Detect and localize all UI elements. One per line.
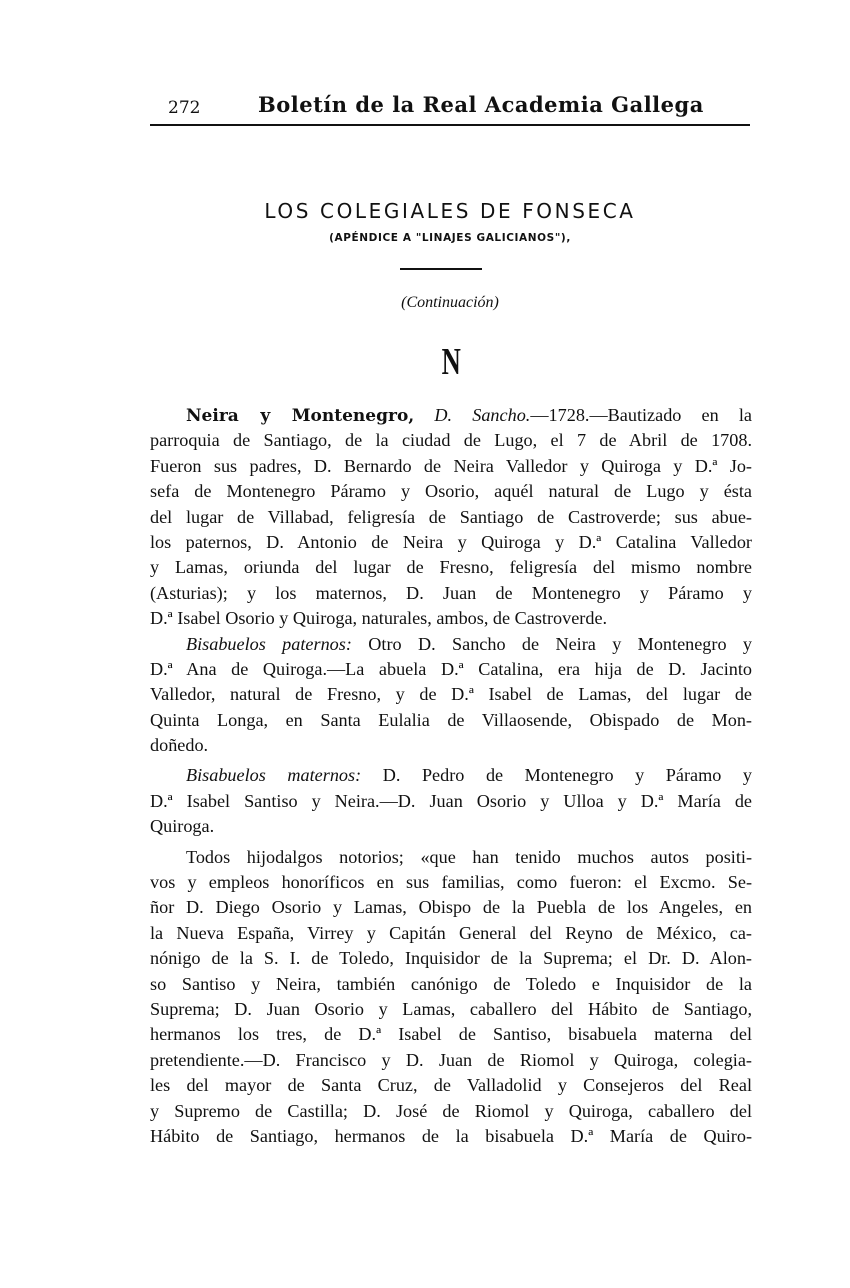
paragraph-line: y Lamas, oriunda del lugar de Fresno, fe… [150,555,752,580]
article-body: Neira y Montenegro, D. Sancho.—1728.—Bau… [150,403,752,1149]
maternal-great-grandparents-label: Bisabuelos maternos: [186,765,361,785]
running-header: 272 Boletín de la Real Academia Gallega [150,92,750,122]
paragraph-line: Fueron sus padres, D. Bernardo de Neira … [150,454,752,479]
paragraph-text: Otro D. Sancho de Neira y Montenegro y [368,634,752,654]
paragraph-line: D.ª Isabel Santiso y Neira.—D. Juan Osor… [150,789,752,814]
paragraph-line: Bisabuelos paternos: Otro D. Sancho de N… [150,632,752,657]
title-divider [400,268,482,270]
paragraph-line: so Santiso y Neira, también canónigo de … [150,972,752,997]
paragraph-line: Hábito de Santiago, hermanos de la bisab… [150,1124,752,1149]
paragraph-line: la Nueva España, Virrey y Capitán Genera… [150,921,752,946]
paragraph-line: les del mayor de Santa Cruz, de Valladol… [150,1073,752,1098]
paragraph-line: y Supremo de Castilla; D. José de Riomol… [150,1099,752,1124]
paternal-great-grandparents-label: Bisabuelos paternos: [186,634,352,654]
paragraph-line: D.ª Ana de Quiroga.—La abuela D.ª Catali… [150,657,752,682]
paragraph-line: Neira y Montenegro, D. Sancho.—1728.—Bau… [150,403,752,428]
entry-intro: —1728.—Bautizado en la [530,405,752,425]
article-title: LOS COLEGIALES DE FONSECA [0,199,850,223]
paragraph-line: hermanos los tres, de D.ª Isabel de Sant… [150,1022,752,1047]
paragraph-line: Bisabuelos maternos: D. Pedro de Montene… [150,763,752,788]
running-title: Boletín de la Real Academia Gallega [258,92,704,117]
paragraph-line: Suprema; D. Juan Osorio y Lamas, caballe… [150,997,752,1022]
paragraph-line: del lugar de Villabad, feligresía de San… [150,505,752,530]
paragraph-line: Todos hijodalgos notorios; «que han teni… [150,845,752,870]
paragraph-line: doñedo. [150,733,752,758]
paragraph-line: (Asturias); y los maternos, D. Juan de M… [150,581,752,606]
paragraph-line: ñor D. Diego Osorio y Lamas, Obispo de l… [150,895,752,920]
paragraph-line: nónigo de la S. I. de Toledo, Inquisidor… [150,946,752,971]
paragraph-line: Quinta Longa, en Santa Eulalia de Villao… [150,708,752,733]
paragraph-line: vos y empleos honoríficos en sus familia… [150,870,752,895]
entry-name: Neira y Montenegro, [186,406,414,426]
paragraph-line: sefa de Montenegro Páramo y Osorio, aqué… [150,479,752,504]
paragraph-text: D. Pedro de Montenegro y Páramo y [383,765,752,785]
entry-given-name: D. Sancho. [434,405,530,425]
paragraph-line: Valledor, natural de Fresno, y de D.ª Is… [150,682,752,707]
paragraph-line: Quiroga. [150,814,752,839]
continuation-label: (Continuación) [0,294,850,312]
section-letter: N [128,340,723,384]
header-rule [150,124,750,126]
page-number: 272 [168,98,200,118]
paragraph-line: los paternos, D. Antonio de Neira y Quir… [150,530,752,555]
paragraph-line: pretendiente.—D. Francisco y D. Juan de … [150,1048,752,1073]
paragraph-line: parroquia de Santiago, de la ciudad de L… [150,428,752,453]
article-subtitle: (APÉNDICE A "LINAJES GALICIANOS"), [0,232,850,244]
paragraph-line: D.ª Isabel Osorio y Quiroga, naturales, … [150,606,752,631]
document-page: 272 Boletín de la Real Academia Gallega … [0,0,850,1288]
